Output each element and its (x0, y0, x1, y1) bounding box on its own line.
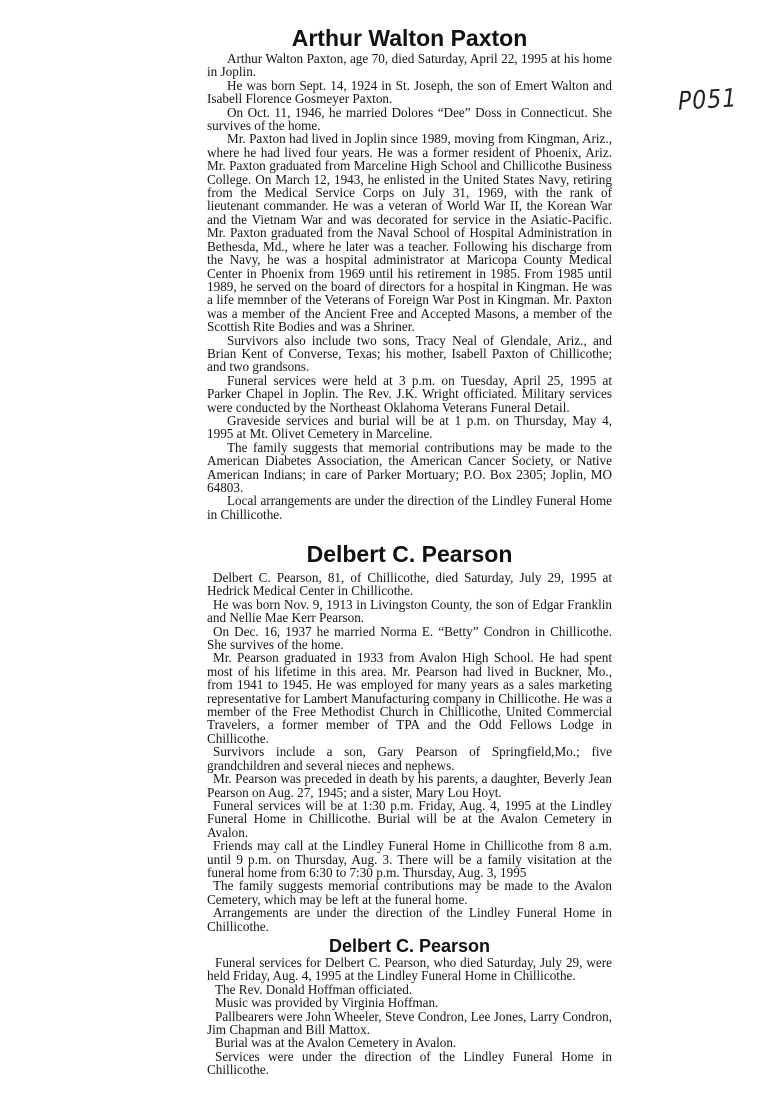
obituary-paragraph: Music was provided by Virginia Hoffman. (207, 996, 612, 1009)
obituary-paragraph: Burial was at the Avalon Cemetery in Ava… (207, 1036, 612, 1049)
funeral-notice-delbert-c-pearson: Delbert C. Pearson Funeral services for … (207, 936, 612, 1077)
obituary-paragraph: Delbert C. Pearson, 81, of Chillicothe, … (207, 571, 612, 598)
obituary-paragraph: Services were under the direction of the… (207, 1050, 612, 1077)
obituary-paragraph: Mr. Paxton had lived in Joplin since 198… (207, 132, 612, 333)
obituary-paragraph: The family suggests that memorial contri… (207, 441, 612, 495)
obituary-paragraph: On Oct. 11, 1946, he married Dolores “De… (207, 106, 612, 133)
obituary-paragraph: Funeral services will be at 1:30 p.m. Fr… (207, 799, 612, 839)
obituary-paragraph: Graveside services and burial will be at… (207, 414, 612, 441)
obituary-title: Arthur Walton Paxton (207, 24, 612, 52)
obituary-paragraph: The Rev. Donald Hoffman officiated. (207, 983, 612, 996)
obituary-paragraph: Funeral services were held at 3 p.m. on … (207, 374, 612, 414)
obituary-paragraph: Pallbearers were John Wheeler, Steve Con… (207, 1010, 612, 1037)
obituary-paragraph: Arthur Walton Paxton, age 70, died Satur… (207, 52, 612, 79)
obituary-paragraph: Arrangements are under the direction of … (207, 906, 612, 933)
obituary-paragraph: He was born Sept. 14, 1924 in St. Joseph… (207, 79, 612, 106)
obituary-paragraph: Funeral services for Delbert C. Pearson,… (207, 956, 612, 983)
obituary-paragraph: The family suggests memorial contributio… (207, 879, 612, 906)
obituary-paragraph: Survivors include a son, Gary Pearson of… (207, 745, 612, 772)
obituary-paragraph: Local arrangements are under the directi… (207, 494, 612, 521)
obituary-title: Delbert C. Pearson (207, 936, 612, 956)
obituary-paragraph: On Dec. 16, 1937 he married Norma E. “Be… (207, 625, 612, 652)
obituary-arthur-walton-paxton: Arthur Walton Paxton Arthur Walton Paxto… (207, 24, 612, 521)
obituary-paragraph: Mr. Pearson was preceded in death by his… (207, 772, 612, 799)
scanned-page: P051 Arthur Walton Paxton Arthur Walton … (0, 0, 760, 1100)
obituary-paragraph: He was born Nov. 9, 1913 in Livingston C… (207, 598, 612, 625)
obituary-paragraph: Survivors also include two sons, Tracy N… (207, 334, 612, 374)
obituary-delbert-c-pearson: Delbert C. Pearson Delbert C. Pearson, 8… (207, 540, 612, 933)
obituary-paragraph: Mr. Pearson graduated in 1933 from Avalo… (207, 651, 612, 745)
obituary-title: Delbert C. Pearson (207, 540, 612, 568)
page-marker-handwritten: P051 (677, 84, 737, 116)
obituary-paragraph: Friends may call at the Lindley Funeral … (207, 839, 612, 879)
